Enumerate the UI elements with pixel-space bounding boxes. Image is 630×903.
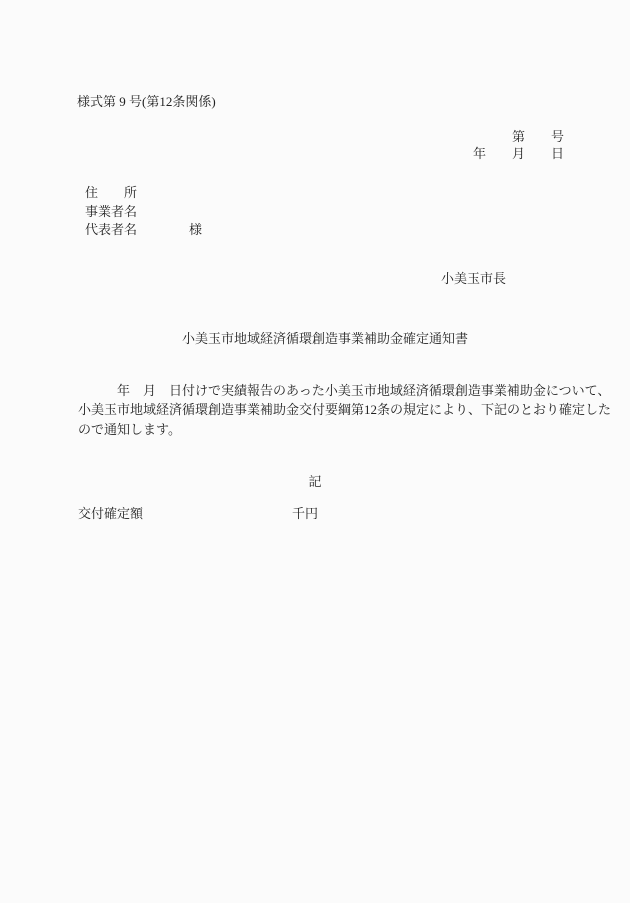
document-page: 様式第 9 号(第12条関係) 第 号 年 月 日 住 所 事業者名 代表者名 … (0, 0, 630, 903)
record-marker: 記 (0, 471, 630, 490)
date-line: 年 月 日 (473, 147, 564, 160)
amount-unit: 千円 (292, 507, 318, 520)
body-line-1: 年 月 日付けで実績報告のあった小美玉市地域経済循環創造事業補助金について、 (78, 381, 574, 400)
body-line-3: ので通知します。 (78, 420, 574, 439)
body-paragraph: 年 月 日付けで実績報告のあった小美玉市地域経済循環創造事業補助金について、 小… (78, 381, 574, 439)
document-title: 小美玉市地域経済循環創造事業補助金確定通知書 (20, 328, 630, 347)
amount-label: 交付確定額 (78, 507, 143, 520)
recipient-representative-line: 代表者名 様 (85, 221, 202, 240)
recipient-address-label: 住 所 (85, 184, 202, 203)
recipient-business-name-label: 事業者名 (85, 203, 202, 222)
sender-name: 小美玉市長 (441, 272, 506, 285)
body-line-2: 小美玉市地域経済循環創造事業補助金交付要綱第12条の規定により、下記のとおり確定… (78, 400, 574, 419)
recipient-block: 住 所 事業者名 代表者名 様 (85, 184, 202, 240)
form-number-label: 様式第 9 号(第12条関係) (77, 95, 216, 108)
document-number-line: 第 号 (512, 130, 564, 143)
